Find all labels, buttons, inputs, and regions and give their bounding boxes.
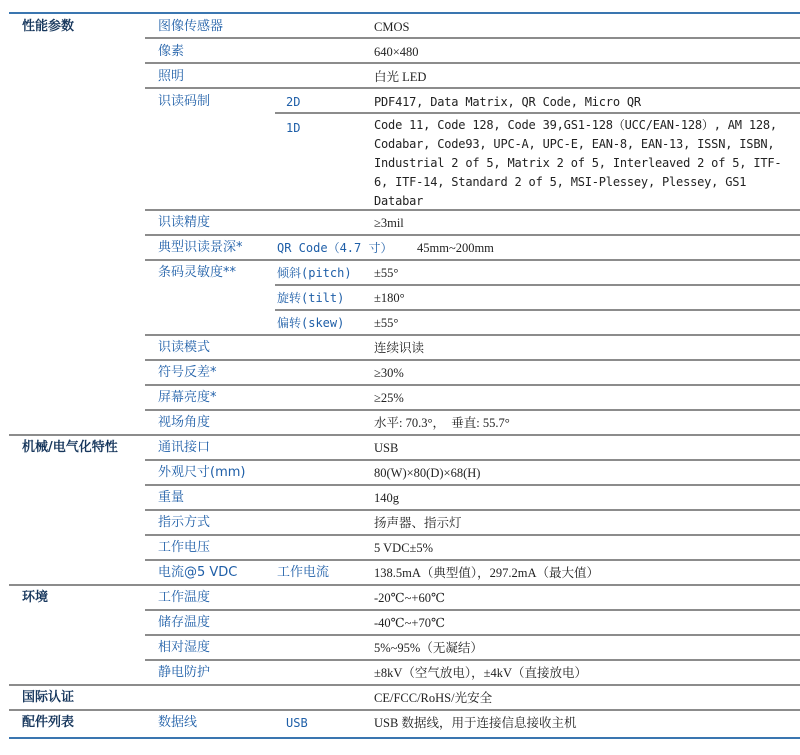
row-divider	[145, 359, 800, 361]
sublabel-current: 工作电流	[277, 565, 329, 581]
row-divider	[145, 509, 800, 511]
sublabel-depth-of-field: QR Code（4.7 寸）	[277, 240, 392, 256]
section-divider	[9, 584, 800, 586]
value-indicator: 扬声器、指示灯	[374, 515, 462, 531]
value-storage-temp: -40℃~+70℃	[374, 615, 445, 631]
category-certification: 国际认证	[22, 690, 74, 706]
label-humidity: 相对湿度	[158, 640, 210, 656]
value-read-mode: 连续识读	[374, 340, 424, 356]
sublabel-skew: 偏转(skew)	[277, 315, 344, 331]
label-voltage: 工作电压	[158, 540, 210, 556]
value-interface: USB	[374, 440, 398, 456]
row-divider	[145, 459, 800, 461]
value-illumination: 白光 LED	[374, 69, 426, 85]
category-environment: 环境	[22, 590, 48, 606]
value-precision: ≥3mil	[374, 215, 404, 231]
row-divider	[145, 609, 800, 611]
sublabel-1d: 1D	[286, 120, 300, 136]
category-accessories: 配件列表	[22, 715, 74, 731]
row-divider	[145, 234, 800, 236]
row-divider	[275, 309, 800, 311]
row-divider	[145, 87, 800, 89]
value-sensor: CMOS	[374, 19, 409, 35]
value-2d-symbologies: PDF417, Data Matrix, QR Code, Micro QR	[374, 94, 641, 110]
value-certification: CE/FCC/RoHS/光安全	[374, 690, 492, 706]
value-1d-symbologies: Code 11, Code 128, Code 39,GS1-128（UCC/E…	[374, 116, 794, 211]
label-indicator: 指示方式	[158, 515, 210, 531]
label-symbologies: 识读码制	[158, 94, 210, 110]
value-pitch: ±55°	[374, 265, 398, 281]
value-pixels: 640×480	[374, 44, 419, 60]
label-sensitivity: 条码灵敏度**	[158, 265, 236, 281]
row-divider	[145, 634, 800, 636]
row-divider	[145, 409, 800, 411]
label-storage-temp: 储存温度	[158, 615, 210, 631]
row-divider	[145, 37, 800, 39]
value-esd: ±8kV（空气放电），±4kV（直接放电）	[374, 665, 587, 681]
top-rule	[9, 12, 800, 14]
label-interface: 通讯接口	[158, 440, 210, 456]
row-divider	[145, 534, 800, 536]
label-illumination: 照明	[158, 69, 184, 85]
label-esd: 静电防护	[158, 665, 210, 681]
value-humidity: 5%~95%（无凝结）	[374, 640, 483, 656]
sublabel-2d: 2D	[286, 94, 300, 110]
label-depth-of-field: 典型识读景深*	[158, 240, 243, 256]
label-pixels: 像素	[158, 44, 184, 60]
value-cable: USB 数据线，用于连接信息接收主机	[374, 715, 576, 731]
row-divider	[275, 284, 800, 286]
label-brightness: 屏幕亮度*	[158, 390, 217, 406]
label-op-temp: 工作温度	[158, 590, 210, 606]
label-dimensions: 外观尺寸(mm)	[158, 465, 245, 481]
row-divider	[145, 484, 800, 486]
value-fov: 水平: 70.3°， 垂直: 55.7°	[374, 415, 510, 431]
label-current: 电流@5 VDC	[158, 565, 237, 581]
bottom-rule	[9, 737, 800, 739]
row-divider	[145, 559, 800, 561]
value-dimensions: 80(W)×80(D)×68(H)	[374, 465, 480, 481]
row-divider	[145, 659, 800, 661]
row-divider	[145, 62, 800, 64]
value-current: 138.5mA（典型值），297.2mA（最大值）	[374, 565, 599, 581]
sublabel-tilt: 旋转(tilt)	[277, 290, 344, 306]
value-brightness: ≥25%	[374, 390, 404, 406]
section-divider	[9, 684, 800, 686]
value-tilt: ±180°	[374, 290, 405, 306]
label-sensor: 图像传感器	[158, 19, 223, 35]
row-divider	[145, 259, 800, 261]
label-cable: 数据线	[158, 715, 197, 731]
value-contrast: ≥30%	[374, 365, 404, 381]
label-precision: 识读精度	[158, 215, 210, 231]
label-weight: 重量	[158, 490, 184, 506]
value-op-temp: -20℃~+60℃	[374, 590, 445, 606]
section-divider	[9, 434, 800, 436]
value-voltage: 5 VDC±5%	[374, 540, 433, 556]
row-divider	[145, 334, 800, 336]
sublabel-usb: USB	[286, 715, 308, 731]
row-divider	[275, 112, 800, 114]
value-skew: ±55°	[374, 315, 398, 331]
section-divider	[9, 709, 800, 711]
row-divider	[145, 384, 800, 386]
sublabel-pitch: 倾斜(pitch)	[277, 265, 352, 281]
category-mechanical: 机械/电气化特性	[22, 440, 118, 456]
value-weight: 140g	[374, 490, 399, 506]
category-performance: 性能参数	[22, 19, 74, 35]
label-contrast: 符号反差*	[158, 365, 217, 381]
value-depth-of-field: 45mm~200mm	[417, 240, 494, 256]
label-fov: 视场角度	[158, 415, 210, 431]
label-read-mode: 识读模式	[158, 340, 210, 356]
